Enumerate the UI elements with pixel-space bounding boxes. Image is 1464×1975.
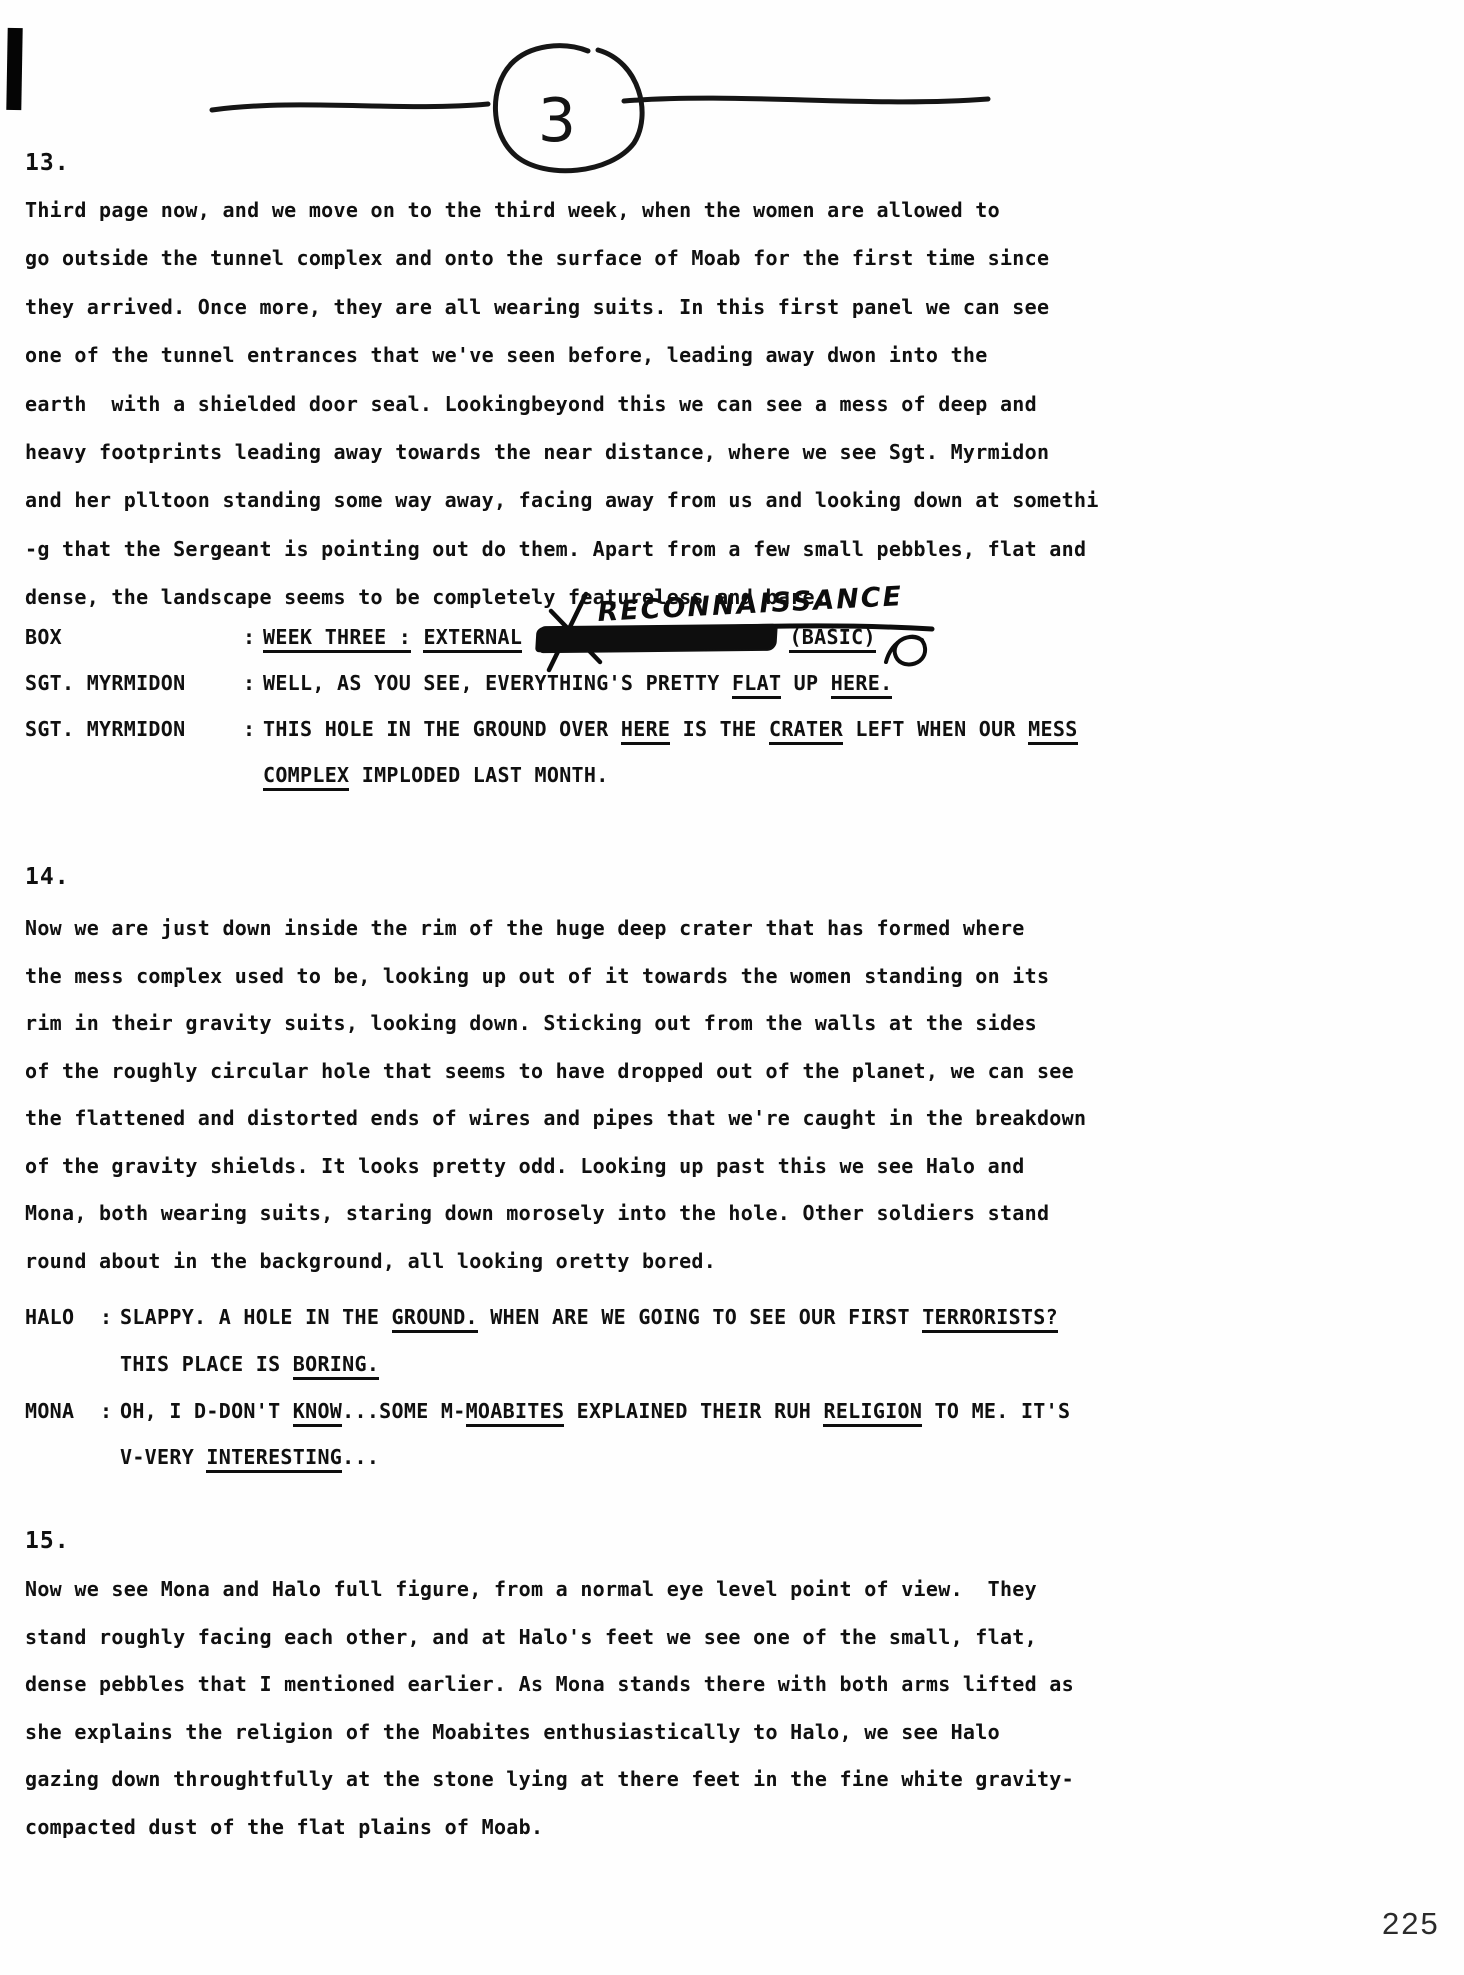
dialogue-text-segment: THIS PLACE IS bbox=[120, 1352, 293, 1376]
dialogue-text-segment bbox=[522, 625, 534, 649]
circled-page-number: 3 bbox=[538, 86, 576, 156]
dialogue-text: V-VERY INTERESTING... bbox=[120, 1434, 1445, 1481]
page-number: 225 bbox=[1382, 1906, 1440, 1942]
dialogue-text: THIS HOLE IN THE GROUND OVER HERE IS THE… bbox=[263, 706, 1445, 752]
underlined-phrase: HERE. bbox=[831, 671, 893, 699]
dialogue-text: THIS PLACE IS BORING. bbox=[120, 1341, 1445, 1388]
scan-artifact-mark bbox=[6, 28, 22, 110]
underlined-phrase: (BASIC) bbox=[789, 625, 875, 653]
script-line: the flattened and distorted ends of wire… bbox=[25, 1095, 1155, 1143]
dialogue-colon: : bbox=[243, 660, 263, 706]
dialogue-text-segment: TO ME. IT'S bbox=[922, 1399, 1070, 1423]
dialogue-text-segment bbox=[411, 625, 423, 649]
underlined-phrase: MOABITES bbox=[466, 1399, 565, 1427]
dialogue-row-mona-cont: : V-VERY INTERESTING... bbox=[25, 1434, 1445, 1481]
dialogue-text-segment bbox=[777, 625, 789, 649]
dialogue-text-segment: UP bbox=[781, 671, 830, 695]
script-line: dense pebbles that I mentioned earlier. … bbox=[25, 1661, 1155, 1709]
underlined-phrase: KNOW bbox=[293, 1399, 342, 1427]
dialogue-text-segment: ... bbox=[342, 1445, 379, 1469]
script-line: stand roughly facing each other, and at … bbox=[25, 1614, 1155, 1662]
panel-14-description: Now we are just down inside the rim of t… bbox=[25, 905, 1155, 1285]
script-line: they arrived. Once more, they are all we… bbox=[25, 283, 1155, 331]
script-line: of the roughly circular hole that seems … bbox=[25, 1048, 1155, 1096]
speaker-spacer bbox=[25, 1341, 100, 1388]
typewritten-script-page: 3 RECONNAISSANCE 13. Third page now, and… bbox=[0, 0, 1464, 1975]
underlined-phrase: BORING. bbox=[293, 1352, 379, 1380]
circled-page-annotation: 3 bbox=[495, 46, 642, 171]
speaker-name: BOX bbox=[25, 614, 243, 660]
dialogue-text-segment: WELL, AS YOU SEE, EVERYTHING'S PRETTY bbox=[263, 671, 732, 695]
script-line: -g that the Sergeant is pointing out do … bbox=[25, 525, 1155, 573]
speaker-spacer bbox=[25, 752, 243, 798]
dialogue-text-segment: IMPLODED LAST MONTH. bbox=[349, 763, 608, 787]
script-line: go outside the tunnel complex and onto t… bbox=[25, 234, 1155, 282]
script-line: of the gravity shields. It looks pretty … bbox=[25, 1143, 1155, 1191]
dialogue-text: COMPLEX IMPLODED LAST MONTH. bbox=[263, 752, 1445, 798]
dialogue-text-segment: ...SOME M- bbox=[342, 1399, 465, 1423]
dialogue-text-segment: THIS HOLE IN THE GROUND OVER bbox=[263, 717, 621, 741]
speaker-name: HALO bbox=[25, 1294, 100, 1341]
dialogue-row-myrmidon-2: SGT. MYRMIDON : THIS HOLE IN THE GROUND … bbox=[25, 706, 1445, 752]
scribbled-out-word: RECONNAISSANCE bbox=[537, 624, 775, 651]
speaker-name: SGT. MYRMIDON bbox=[25, 660, 243, 706]
panel-13-dialogue: BOX : WEEK THREE : EXTERNAL RECONNAISSAN… bbox=[25, 614, 1445, 798]
dialogue-text-segment: IS THE bbox=[670, 717, 769, 741]
dialogue-colon: : bbox=[100, 1294, 120, 1341]
panel-14-label: 14. bbox=[25, 864, 70, 890]
dialogue-text-segment: WHEN ARE WE GOING TO SEE OUR FIRST bbox=[478, 1305, 922, 1329]
underlined-phrase: GROUND. bbox=[392, 1305, 478, 1333]
underlined-phrase: MESS bbox=[1028, 717, 1077, 745]
script-line: rim in their gravity suits, looking down… bbox=[25, 1000, 1155, 1048]
script-line: gazing down throughtfully at the stone l… bbox=[25, 1756, 1155, 1804]
underlined-phrase: HERE bbox=[621, 717, 670, 745]
underlined-phrase: FLAT bbox=[732, 671, 781, 699]
dialogue-row-halo: HALO : SLAPPY. A HOLE IN THE GROUND. WHE… bbox=[25, 1294, 1445, 1341]
dialogue-row-myrmidon-2-cont: : COMPLEX IMPLODED LAST MONTH. bbox=[25, 752, 1445, 798]
speaker-name: MONA bbox=[25, 1388, 100, 1435]
script-line: Mona, both wearing suits, staring down m… bbox=[25, 1190, 1155, 1238]
dialogue-colon: : bbox=[100, 1388, 120, 1435]
underlined-phrase: TERRORISTS? bbox=[922, 1305, 1058, 1333]
panel-14-dialogue: HALO : SLAPPY. A HOLE IN THE GROUND. WHE… bbox=[25, 1294, 1445, 1481]
script-line: and her plltoon standing some way away, … bbox=[25, 476, 1155, 524]
script-line: compacted dust of the flat plains of Moa… bbox=[25, 1804, 1155, 1852]
dialogue-row-halo-cont: : THIS PLACE IS BORING. bbox=[25, 1341, 1445, 1388]
section-divider-line bbox=[212, 98, 988, 110]
panel-15-label: 15. bbox=[25, 1528, 70, 1554]
dialogue-text-segment: OH, I D-DON'T bbox=[120, 1399, 293, 1423]
dialogue-row-mona: MONA : OH, I D-DON'T KNOW...SOME M-MOABI… bbox=[25, 1388, 1445, 1435]
speaker-spacer bbox=[25, 1434, 100, 1481]
script-line: she explains the religion of the Moabite… bbox=[25, 1709, 1155, 1757]
dialogue-text: SLAPPY. A HOLE IN THE GROUND. WHEN ARE W… bbox=[120, 1294, 1445, 1341]
script-line: the mess complex used to be, looking up … bbox=[25, 953, 1155, 1001]
dialogue-row-box: BOX : WEEK THREE : EXTERNAL RECONNAISSAN… bbox=[25, 614, 1445, 660]
script-line: heavy footprints leading away towards th… bbox=[25, 428, 1155, 476]
dialogue-row-myrmidon-1: SGT. MYRMIDON : WELL, AS YOU SEE, EVERYT… bbox=[25, 660, 1445, 706]
underlined-phrase: INTERESTING bbox=[206, 1445, 342, 1473]
panel-13-label: 13. bbox=[25, 150, 70, 176]
dialogue-text: WELL, AS YOU SEE, EVERYTHING'S PRETTY FL… bbox=[263, 660, 1445, 706]
script-line: Third page now, and we move on to the th… bbox=[25, 186, 1155, 234]
script-line: round about in the background, all looki… bbox=[25, 1238, 1155, 1286]
underlined-phrase: WEEK THREE : bbox=[263, 625, 411, 653]
dialogue-text: OH, I D-DON'T KNOW...SOME M-MOABITES EXP… bbox=[120, 1388, 1445, 1435]
panel-13-description: Third page now, and we move on to the th… bbox=[25, 186, 1155, 622]
script-line: Now we are just down inside the rim of t… bbox=[25, 905, 1155, 953]
dialogue-text: WEEK THREE : EXTERNAL RECONNAISSANCE (BA… bbox=[263, 614, 1445, 660]
dialogue-text-segment: V-VERY bbox=[120, 1445, 206, 1469]
dialogue-text-segment: SLAPPY. A HOLE IN THE bbox=[120, 1305, 392, 1329]
underlined-phrase: EXTERNAL bbox=[423, 625, 522, 653]
speaker-name: SGT. MYRMIDON bbox=[25, 706, 243, 752]
dialogue-colon: : bbox=[243, 706, 263, 752]
dialogue-text-segment: LEFT WHEN OUR bbox=[843, 717, 1028, 741]
underlined-phrase: CRATER bbox=[769, 717, 843, 745]
script-line: Now we see Mona and Halo full figure, fr… bbox=[25, 1566, 1155, 1614]
script-line: earth with a shielded door seal. Looking… bbox=[25, 380, 1155, 428]
script-line: one of the tunnel entrances that we've s… bbox=[25, 331, 1155, 379]
underlined-phrase: RELIGION bbox=[823, 1399, 922, 1427]
dialogue-colon: : bbox=[243, 614, 263, 660]
underlined-phrase: COMPLEX bbox=[263, 763, 349, 791]
dialogue-text-segment: EXPLAINED THEIR RUH bbox=[564, 1399, 823, 1423]
panel-15-description: Now we see Mona and Halo full figure, fr… bbox=[25, 1566, 1155, 1851]
